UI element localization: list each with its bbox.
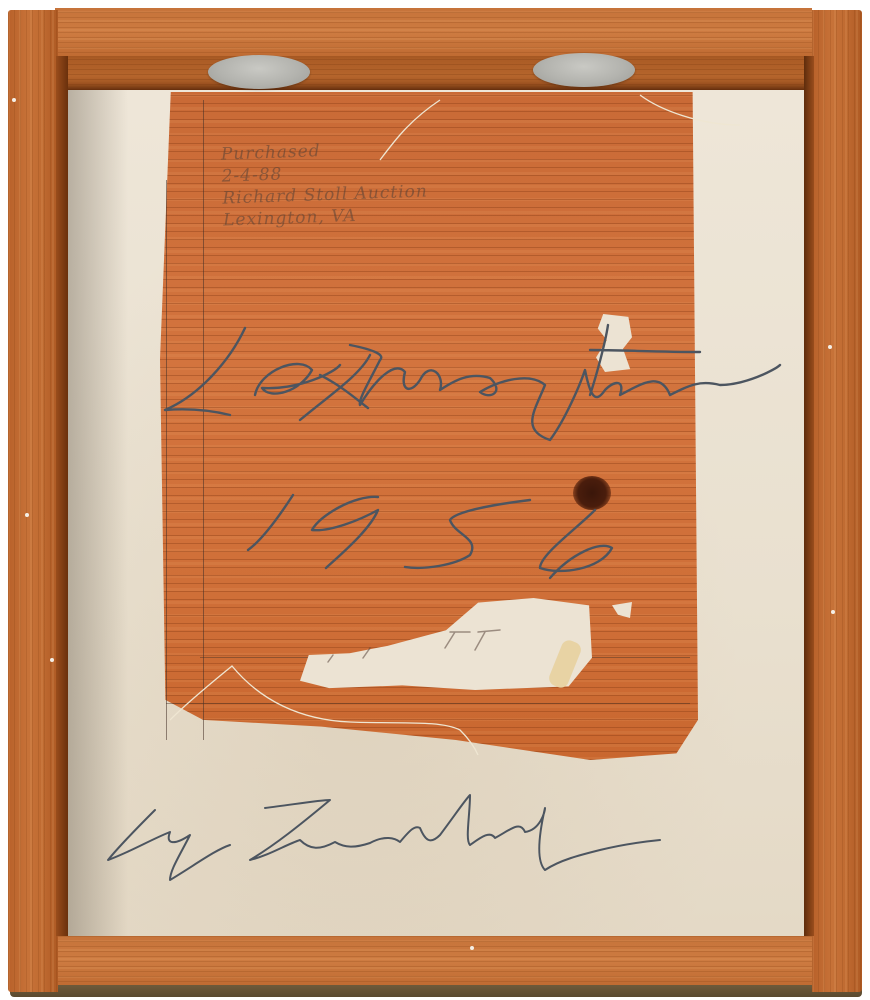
ruled-edge-line bbox=[166, 180, 167, 740]
frame-paint-speck bbox=[470, 946, 474, 950]
frame-right-stile bbox=[812, 10, 862, 992]
frame-left-stile bbox=[8, 10, 58, 992]
frame-top-rail bbox=[55, 8, 812, 58]
ruled-horizontal-line bbox=[166, 703, 690, 704]
frame-paint-speck bbox=[25, 513, 29, 517]
frame-right-inner-edge bbox=[804, 56, 814, 936]
frame-paint-speck bbox=[831, 610, 835, 614]
frame-bottom-rail bbox=[55, 935, 812, 987]
felt-pad-right bbox=[533, 53, 635, 87]
frame-left-inner-edge bbox=[56, 56, 68, 936]
felt-pad-left bbox=[208, 55, 310, 89]
frame-paint-speck bbox=[50, 658, 54, 662]
frame-paint-speck bbox=[12, 98, 16, 102]
frame-paint-speck bbox=[828, 345, 832, 349]
frame-bottom-edge bbox=[10, 985, 862, 997]
provenance-note: Purchased 2-4-88 Richard Stoll Auction L… bbox=[221, 136, 429, 231]
ruled-margin-line bbox=[203, 100, 204, 740]
frame-top-inner-edge bbox=[58, 56, 810, 90]
canvas-shadow bbox=[68, 90, 128, 936]
wood-knot bbox=[573, 476, 611, 510]
